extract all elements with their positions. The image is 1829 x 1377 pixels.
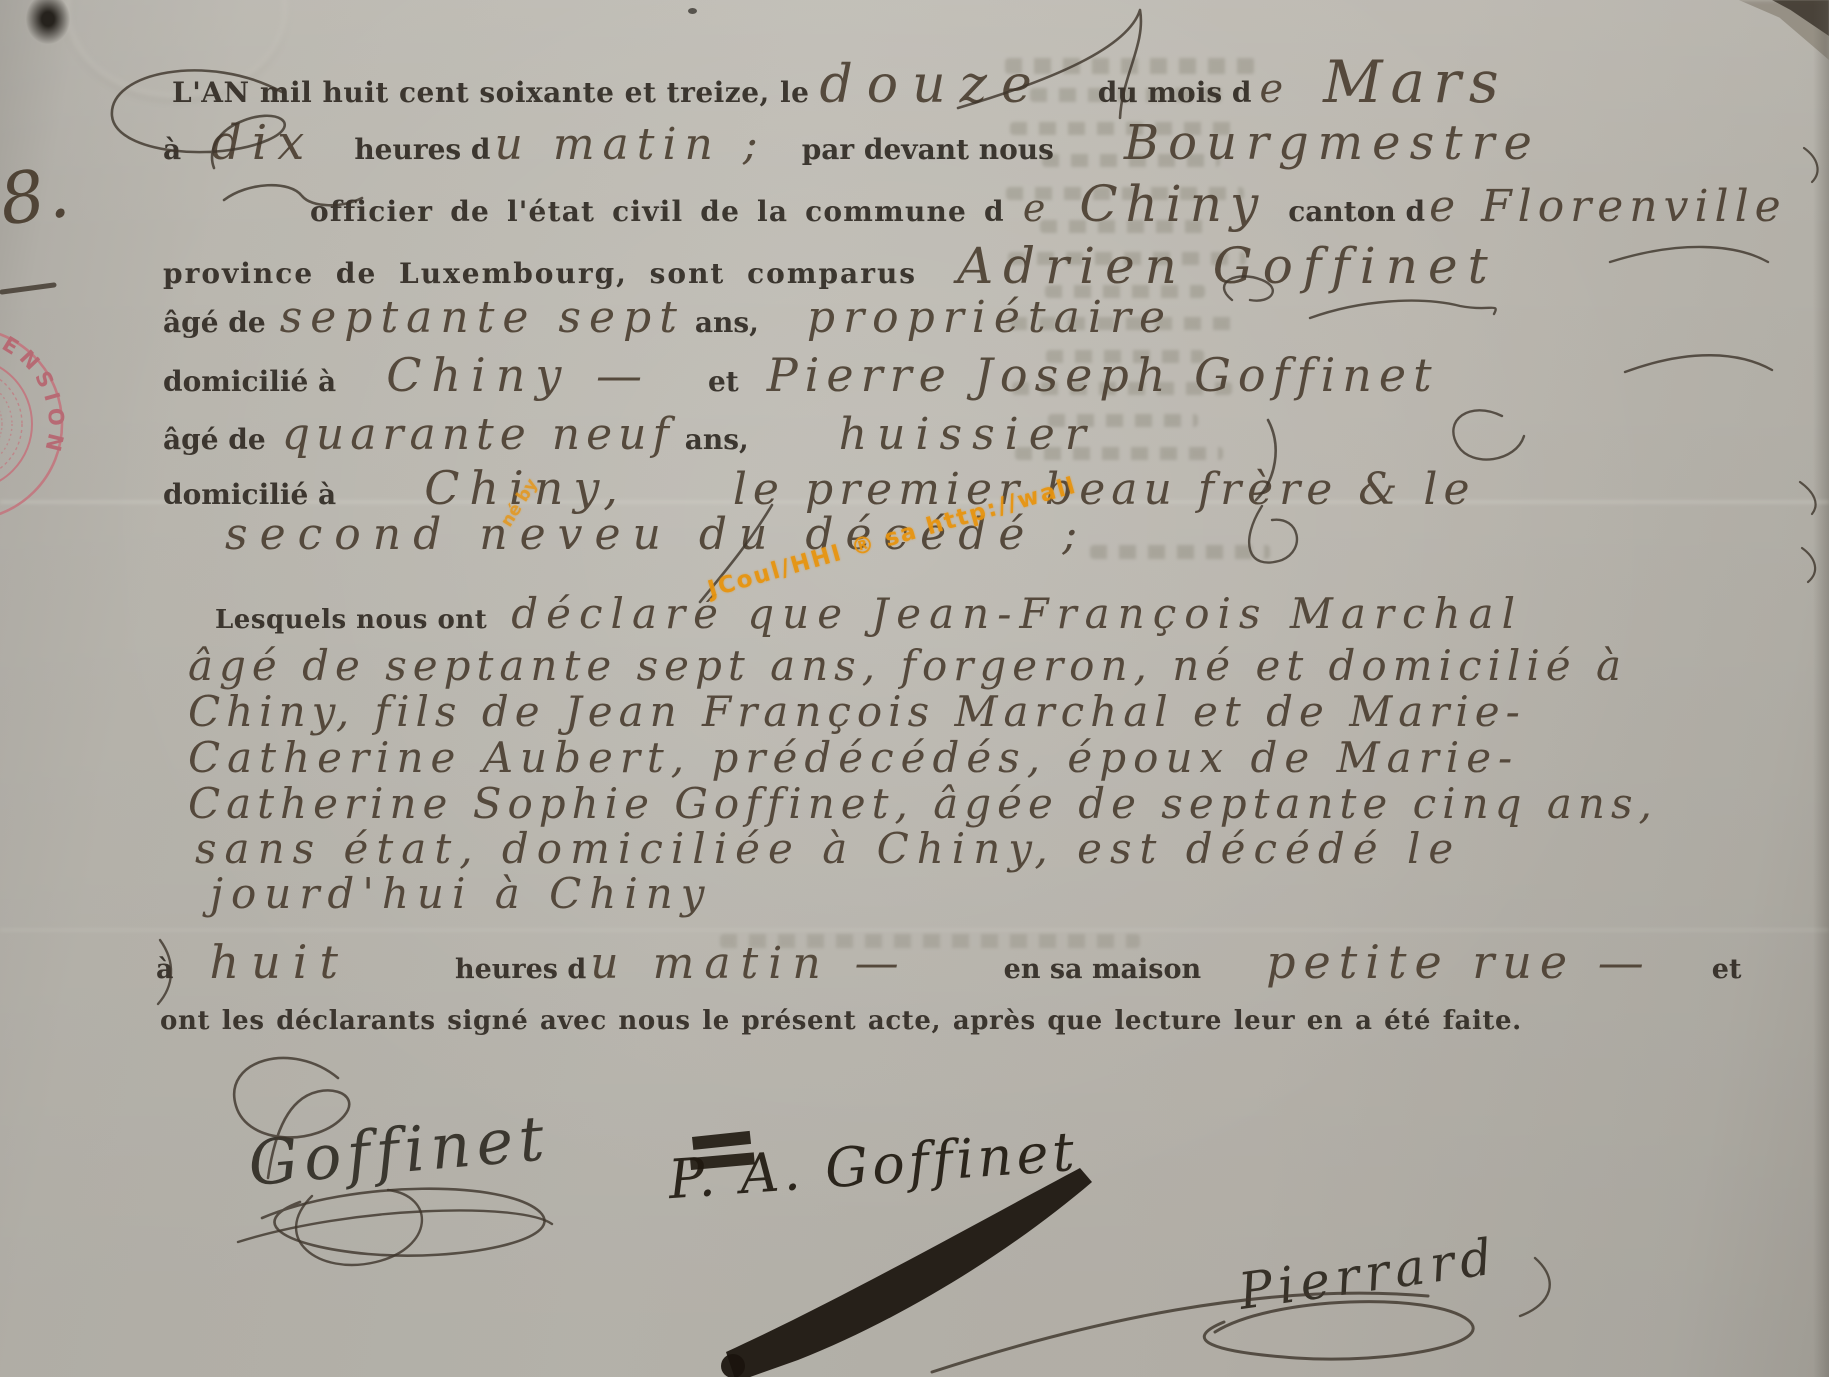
- line-age-first-declarant: âgé deseptante septans,propriétaire: [163, 295, 1173, 341]
- line-declaration-start: Lesquels nous ontdéclaré que Jean-Franço…: [215, 592, 1523, 636]
- hand-first-declarant-name: Adrien Goffinet: [957, 237, 1498, 295]
- signature-pierrard: Pierrard: [1236, 1230, 1502, 1318]
- line-commune-canton: officier de l'état civil de la commune d…: [310, 178, 1787, 231]
- printed-canton: canton d: [1288, 195, 1425, 228]
- death-record-scan: 8. PENSION L'AN mil huit cent soixante e…: [0, 0, 1829, 1377]
- line-declaration-6: sans état, domiciliée à Chiny, est décéd…: [195, 827, 1461, 871]
- printed-domicilie-a: domicilié à: [163, 478, 336, 511]
- hand-age-first: septante sept: [280, 292, 685, 343]
- hand-declaration-1: déclaré que Jean-François Marchal: [511, 589, 1523, 638]
- hand-month-article: e: [1259, 66, 1283, 112]
- hand-relationship-start: le premier beau frère & le: [733, 464, 1476, 515]
- printed-heures: heures d: [455, 954, 586, 985]
- printed-lesquels: Lesquels nous ont: [215, 605, 487, 635]
- line-province-comparants: province de Luxembourg, sont comparusAdr…: [163, 240, 1498, 293]
- hand-du-matin: u matin —: [590, 938, 908, 989]
- signature-pa-goffinet: P. A. Goffinet: [667, 1124, 1080, 1209]
- line-domicile-second-declarant: domicilié àChiny,le premier beau frère &…: [163, 464, 1476, 513]
- pension-stamp: PENSION: [0, 318, 72, 530]
- ink-blot: [26, 0, 70, 44]
- hand-commune-name: Chiny: [1079, 175, 1266, 233]
- bleed-through-text: [1090, 545, 1270, 559]
- hand-second-declarant-name: Pierre Joseph Goffinet: [767, 348, 1439, 402]
- printed-officier-phrase: officier de l'état civil de la commune d: [310, 195, 1005, 228]
- printed-et: et: [708, 365, 739, 398]
- hand-street: petite rue —: [1266, 935, 1652, 989]
- hand-day-of-month: douze: [819, 55, 1045, 115]
- hand-du-matin: u matin ;: [495, 119, 766, 170]
- line-domicile-first-declarant: domicilié àChiny —etPierre Joseph Goffin…: [163, 351, 1439, 399]
- hand-commune-article: e: [1023, 186, 1046, 230]
- hand-declaration-4: Catherine Aubert, prédécédés, époux de M…: [188, 733, 1519, 782]
- hand-declaration-5: Catherine Sophie Goffinet, âgée de septa…: [188, 779, 1658, 828]
- hand-declaration-6: sans état, domiciliée à Chiny, est décéd…: [195, 824, 1461, 873]
- ink-dot: [688, 8, 697, 14]
- line-declaration-2: âgé de septante sept ans, forgeron, né e…: [188, 644, 1627, 688]
- hand-age-second: quarante neuf: [282, 409, 675, 460]
- hand-death-hour: huit: [210, 935, 350, 989]
- printed-ans: ans,: [695, 306, 759, 339]
- printed-year-phrase: L'AN mil huit cent soixante et treize, l…: [172, 76, 809, 109]
- printed-en-sa-maison: en sa maison: [1004, 954, 1201, 985]
- printed-closing: ont les déclarants signé avec nous le pr…: [160, 1006, 1522, 1036]
- line-declaration-3: Chiny, fils de Jean François Marchal et …: [188, 690, 1526, 734]
- printed-month-phrase: du mois d: [1098, 76, 1252, 109]
- hand-profession-first: propriétaire: [807, 292, 1173, 343]
- printed-ans: ans,: [685, 423, 749, 456]
- hand-month-name: Mars: [1323, 48, 1506, 116]
- line-declaration-5: Catherine Sophie Goffinet, âgée de septa…: [188, 782, 1658, 826]
- line-hour-and-officer: àdixheures du matin ;par devant nousBour…: [163, 118, 1541, 168]
- hand-profession-second: huissier: [839, 409, 1096, 460]
- printed-age-de: âgé de: [163, 306, 266, 339]
- line-year-and-day: L'AN mil huit cent soixante et treize, l…: [172, 52, 1507, 113]
- crease-line: [0, 928, 1829, 932]
- hand-hour: dix: [211, 115, 314, 171]
- line-declaration-7: jourd'hui à Chiny: [210, 872, 713, 916]
- line-closing-formula: ont les déclarants signé avec nous le pr…: [160, 1008, 1522, 1035]
- signature-goffinet: Goffinet: [246, 1105, 553, 1196]
- page-edge: [1813, 0, 1829, 1377]
- hand-domicile-first: Chiny —: [386, 348, 652, 402]
- line-age-second-declarant: âgé dequarante neufans,huissier: [163, 412, 1096, 458]
- hand-declaration-3: Chiny, fils de Jean François Marchal et …: [188, 687, 1526, 736]
- printed-heures: heures d: [354, 133, 490, 166]
- printed-a: à: [156, 954, 174, 985]
- hand-bourgmestre: Bourgmestre: [1124, 115, 1541, 171]
- printed-age-de: âgé de: [163, 423, 266, 456]
- svg-text:PENSION: PENSION: [0, 323, 68, 459]
- printed-domicilie-a: domicilié à: [163, 365, 336, 398]
- printed-a: à: [163, 133, 181, 166]
- line-declaration-4: Catherine Aubert, prédécédés, époux de M…: [188, 736, 1519, 780]
- hand-canton-name: e Florenville: [1429, 181, 1787, 232]
- printed-province-phrase: province de Luxembourg, sont comparus: [163, 257, 917, 290]
- printed-par-devant-nous: par devant nous: [802, 133, 1054, 166]
- hand-declaration-2: âgé de septante sept ans, forgeron, né e…: [188, 641, 1627, 690]
- margin-act-number: 8.: [0, 155, 76, 238]
- line-death-hour-place: àhuitheures du matin —en sa maisonpetite…: [156, 938, 1741, 987]
- stamp-text: PENSION: [0, 323, 68, 459]
- printed-et: et: [1712, 954, 1742, 985]
- hand-declaration-7: jourd'hui à Chiny: [210, 869, 713, 918]
